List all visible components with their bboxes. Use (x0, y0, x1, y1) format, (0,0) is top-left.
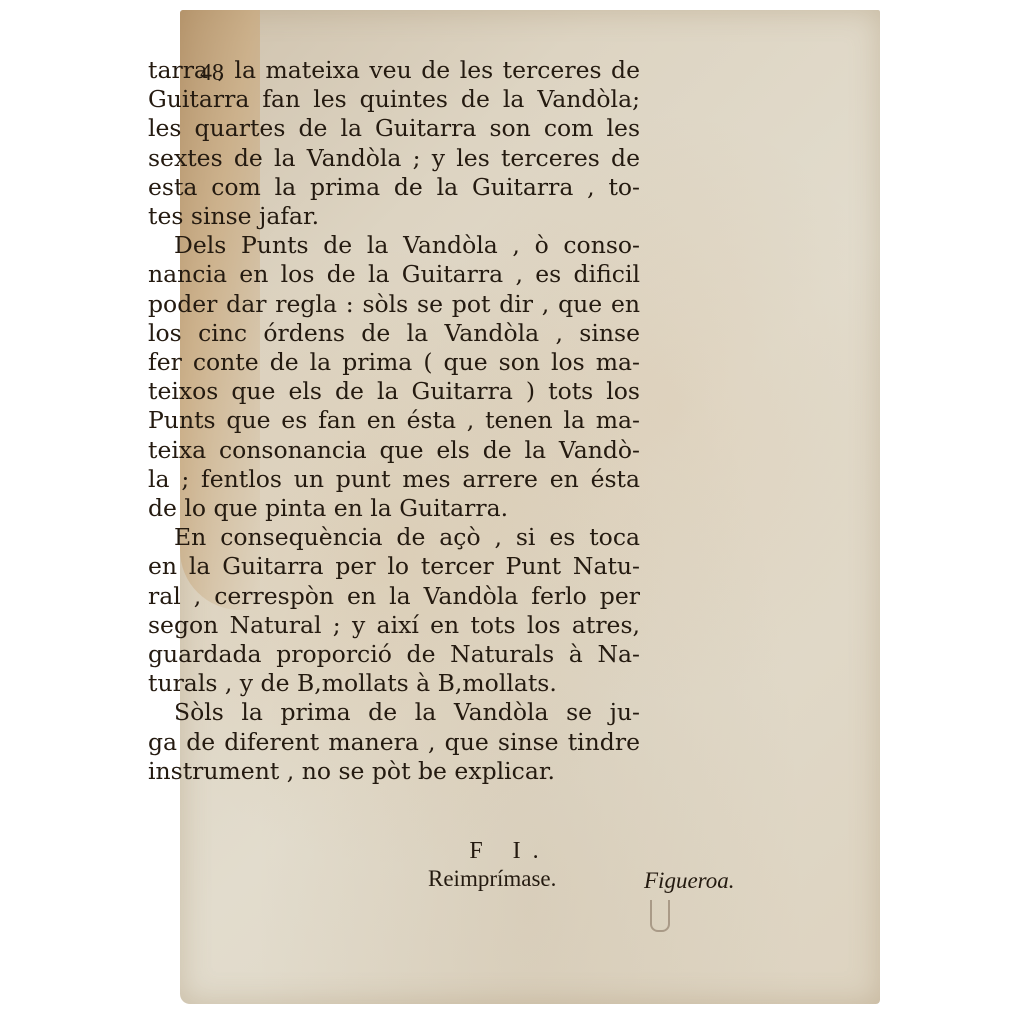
paragraph: tarra , la mateixa veu de les terceres d… (148, 56, 640, 231)
text-line: de lo que pinta en la Guitarra. (148, 494, 640, 523)
text-line: tarra , la mateixa veu de les terceres d… (148, 56, 640, 85)
text-line: ga de diferent manera , que sinse tindre (148, 728, 640, 757)
text-line: sextes de la Vandòla ; y les terceres de (148, 144, 640, 173)
body-text: tarra , la mateixa veu de les terceres d… (148, 56, 640, 786)
text-line: turals , y de B,mollats à B,mollats. (148, 669, 640, 698)
text-line: Punts que es fan en ésta , tenen la ma- (148, 406, 640, 435)
text-line: teixa consonancia que els de la Vandò- (148, 436, 640, 465)
text-line: tes sinse jafar. (148, 202, 640, 231)
text-line: guardada proporció de Naturals à Na- (148, 640, 640, 669)
text-line: Sòls la prima de la Vandòla se ju- (148, 698, 640, 727)
imprimatur-text: Reimprímase. (428, 866, 556, 892)
paragraph: Dels Punts de la Vandòla , ò conso-nanci… (148, 231, 640, 523)
text-line: la ; fentlos un punt mes arrere en ésta (148, 465, 640, 494)
text-line: esta com la prima de la Guitarra , to- (148, 173, 640, 202)
text-line: fer conte de la prima ( que son los ma- (148, 348, 640, 377)
closing-fi: F I. (410, 838, 610, 865)
text-line: instrument , no se pòt be explicar. (148, 757, 640, 786)
text-line: les quartes de la Guitarra son com les (148, 114, 640, 143)
text-line: nancia en los de la Guitarra , es difici… (148, 260, 640, 289)
paragraph: Sòls la prima de la Vandòla se ju-ga de … (148, 698, 640, 786)
text-line: En consequència de açò , si es toca (148, 523, 640, 552)
text-line: Guitarra fan les quintes de la Vandòla; (148, 85, 640, 114)
text-line: Dels Punts de la Vandòla , ò conso- (148, 231, 640, 260)
text-line: poder dar regla : sòls se pot dir , que … (148, 290, 640, 319)
text-line: los cinc órdens de la Vandòla , sinse (148, 319, 640, 348)
paragraph: En consequència de açò , si es tocaen la… (148, 523, 640, 698)
paper-mark (650, 900, 670, 932)
text-line: segon Natural ; y així en tots los atres… (148, 611, 640, 640)
text-line: teixos que els de la Guitarra ) tots los (148, 377, 640, 406)
text-line: en la Guitarra per lo tercer Punt Natu- (148, 552, 640, 581)
text-line: ral , cerrespòn en la Vandòla ferlo per (148, 582, 640, 611)
censor-signature: Figueroa. (644, 868, 735, 894)
